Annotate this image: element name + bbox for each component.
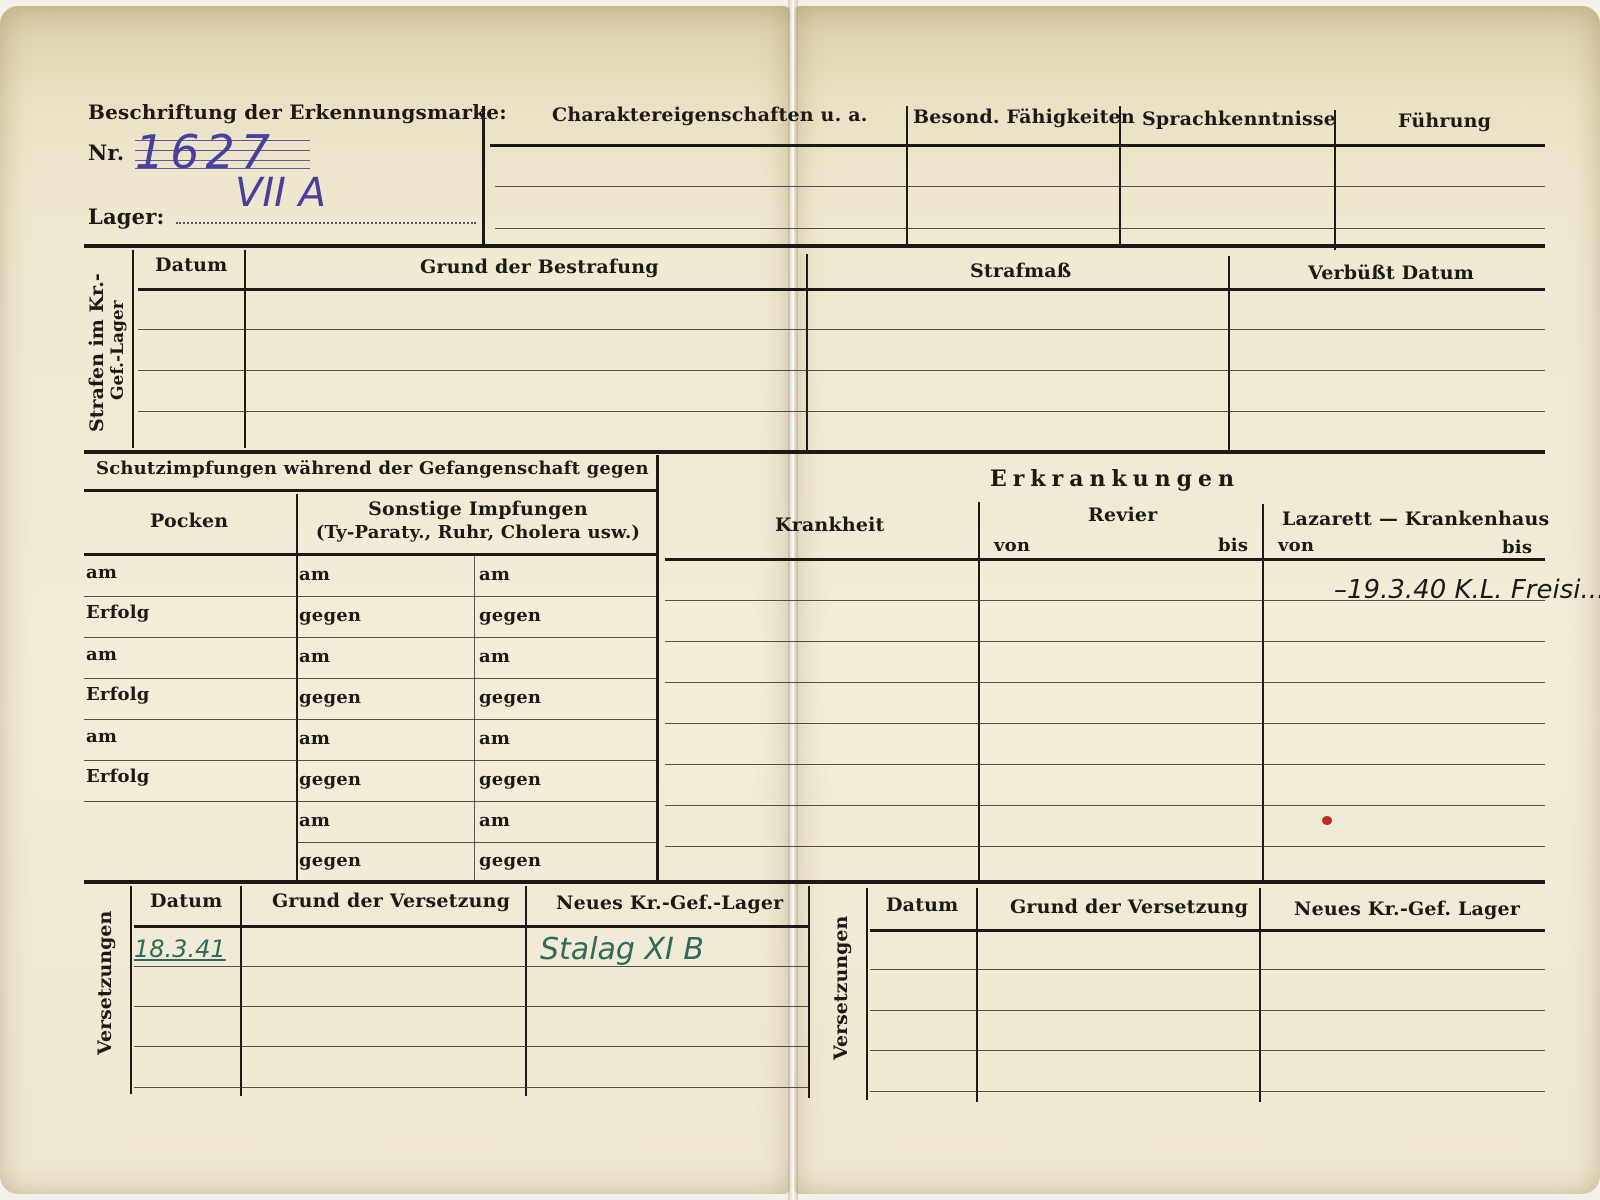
col-krankheit: Krankheit	[775, 514, 885, 536]
divider	[525, 886, 527, 1096]
sonstige-row-b: am	[479, 810, 510, 831]
rule	[134, 925, 808, 928]
divider	[906, 106, 908, 248]
divider	[132, 250, 134, 448]
rule	[84, 553, 656, 556]
header-conduct: Führung	[1398, 110, 1491, 132]
divider	[1262, 504, 1264, 884]
sonstige-row-a: gegen	[299, 605, 361, 626]
col-verbuesst-datum: Verbüßt Datum	[1308, 262, 1474, 284]
rule	[495, 228, 1545, 229]
sonstige-row-b: gegen	[479, 769, 541, 790]
divider	[1228, 256, 1230, 454]
header-character: Charaktereigenschaften u. a.	[552, 104, 868, 126]
transfers-section-label-right: Versetzungen	[830, 916, 852, 1060]
rule	[84, 801, 656, 802]
rule	[665, 641, 1545, 642]
transfer-col-lager: Neues Kr.-Gef.-Lager	[556, 892, 783, 914]
punishments-section-label: Strafen im Kr.-	[86, 273, 108, 432]
rule	[138, 370, 1545, 371]
col-sonstige-sub: (Ty-Paraty., Ruhr, Cholera usw.)	[300, 522, 656, 543]
divider	[806, 254, 808, 452]
transfer-col-datum-r: Datum	[886, 894, 958, 916]
rule	[490, 144, 1545, 147]
divider	[244, 250, 246, 448]
header-languages: Sprachkenntnisse	[1142, 108, 1336, 130]
transfer-date-entry: 18.3.41	[134, 935, 226, 963]
rule	[134, 966, 808, 967]
vaccinations-header: Schutzimpfungen während der Gefangenscha…	[96, 458, 649, 479]
section-rule	[84, 450, 1545, 454]
sonstige-row-a: am	[299, 728, 330, 749]
col-pocken: Pocken	[150, 510, 228, 532]
transfer-lager-entry: Stalag XI B	[540, 932, 704, 967]
sonstige-row-b: am	[479, 646, 510, 667]
rule	[665, 846, 1545, 847]
pocken-row: Erfolg	[86, 602, 150, 623]
rule	[870, 1050, 1545, 1051]
rule	[870, 1010, 1545, 1011]
strike-line	[135, 160, 310, 161]
pocken-row: Erfolg	[86, 766, 150, 787]
rule	[138, 411, 1545, 412]
col-lazarett: Lazarett — Krankenhaus	[1282, 508, 1549, 530]
col-datum: Datum	[155, 254, 227, 276]
rule	[84, 760, 656, 761]
rule	[665, 764, 1545, 765]
section-rule	[84, 244, 1545, 248]
rule	[870, 969, 1545, 970]
rule	[665, 558, 1545, 561]
lazarett-von: von	[1278, 535, 1314, 556]
sonstige-row-a: am	[299, 646, 330, 667]
sonstige-row-b: gegen	[479, 687, 541, 708]
rule	[134, 1046, 808, 1047]
strike-line	[135, 150, 310, 151]
sonstige-row-a: gegen	[299, 687, 361, 708]
sonstige-row-b: gegen	[479, 850, 541, 871]
divider	[1334, 110, 1336, 250]
lazarett-bis: bis	[1502, 537, 1532, 558]
punishments-section-label-2: Gef.-Lager	[108, 300, 128, 400]
transfer-col-grund-r: Grund der Versetzung	[1010, 896, 1248, 918]
rule	[665, 682, 1545, 683]
tag-label: Beschriftung der Erkennungsmarke:	[88, 100, 507, 124]
rule	[298, 842, 656, 843]
divider	[808, 886, 810, 1098]
lager-value: VII A	[235, 170, 326, 216]
sonstige-row-a: am	[299, 810, 330, 831]
col-strafmass: Strafmaß	[970, 260, 1071, 282]
sonstige-row-a: gegen	[299, 850, 361, 871]
pocken-row: am	[86, 726, 117, 747]
divider	[240, 886, 242, 1096]
pocken-row: am	[86, 562, 117, 583]
sonstige-row-b: am	[479, 728, 510, 749]
rule	[84, 637, 656, 638]
sonstige-row-a: am	[299, 564, 330, 585]
lager-dotted-line	[176, 222, 476, 224]
transfer-col-datum: Datum	[150, 890, 222, 912]
revier-bis: bis	[1218, 535, 1248, 556]
rule	[134, 1006, 808, 1007]
strike-line	[135, 140, 310, 141]
revier-von: von	[994, 535, 1030, 556]
strike-line	[135, 168, 310, 169]
header-abilities: Besond. Fähigkeiten	[913, 106, 1135, 128]
rule	[665, 805, 1545, 806]
col-grund-bestrafung: Grund der Bestrafung	[420, 256, 659, 278]
rule	[495, 186, 1545, 187]
sonstige-row-a: gegen	[299, 769, 361, 790]
pocken-row: Erfolg	[86, 684, 150, 705]
sonstige-row-b: gegen	[479, 605, 541, 626]
rule	[870, 1091, 1545, 1092]
rule	[138, 288, 1545, 291]
divider	[296, 494, 298, 880]
rule	[84, 489, 656, 492]
transfers-section-label-left: Versetzungen	[94, 911, 116, 1055]
divider	[866, 888, 868, 1100]
divider	[130, 886, 132, 1094]
red-ink-spot	[1322, 816, 1332, 825]
nr-label: Nr.	[88, 140, 124, 165]
rule	[870, 929, 1545, 932]
pocken-row: am	[86, 644, 117, 665]
rule	[665, 723, 1545, 724]
divider	[656, 455, 659, 880]
divider	[474, 556, 475, 880]
col-revier: Revier	[1088, 504, 1157, 526]
rule	[134, 1087, 808, 1088]
rule	[84, 678, 656, 679]
rule	[84, 596, 656, 597]
divider	[976, 888, 978, 1102]
rule	[84, 719, 656, 720]
rule	[138, 329, 1545, 330]
lager-label: Lager:	[88, 204, 164, 229]
divider	[482, 106, 485, 248]
sonstige-row-b: am	[479, 564, 510, 585]
illnesses-header: Erkrankungen	[990, 466, 1240, 492]
col-sonstige: Sonstige Impfungen	[300, 498, 656, 520]
transfer-col-grund: Grund der Versetzung	[272, 890, 510, 912]
rule	[665, 600, 1545, 601]
divider	[1259, 888, 1261, 1102]
section-rule	[84, 880, 1545, 884]
transfer-col-lager-r: Neues Kr.-Gef. Lager	[1294, 898, 1520, 920]
